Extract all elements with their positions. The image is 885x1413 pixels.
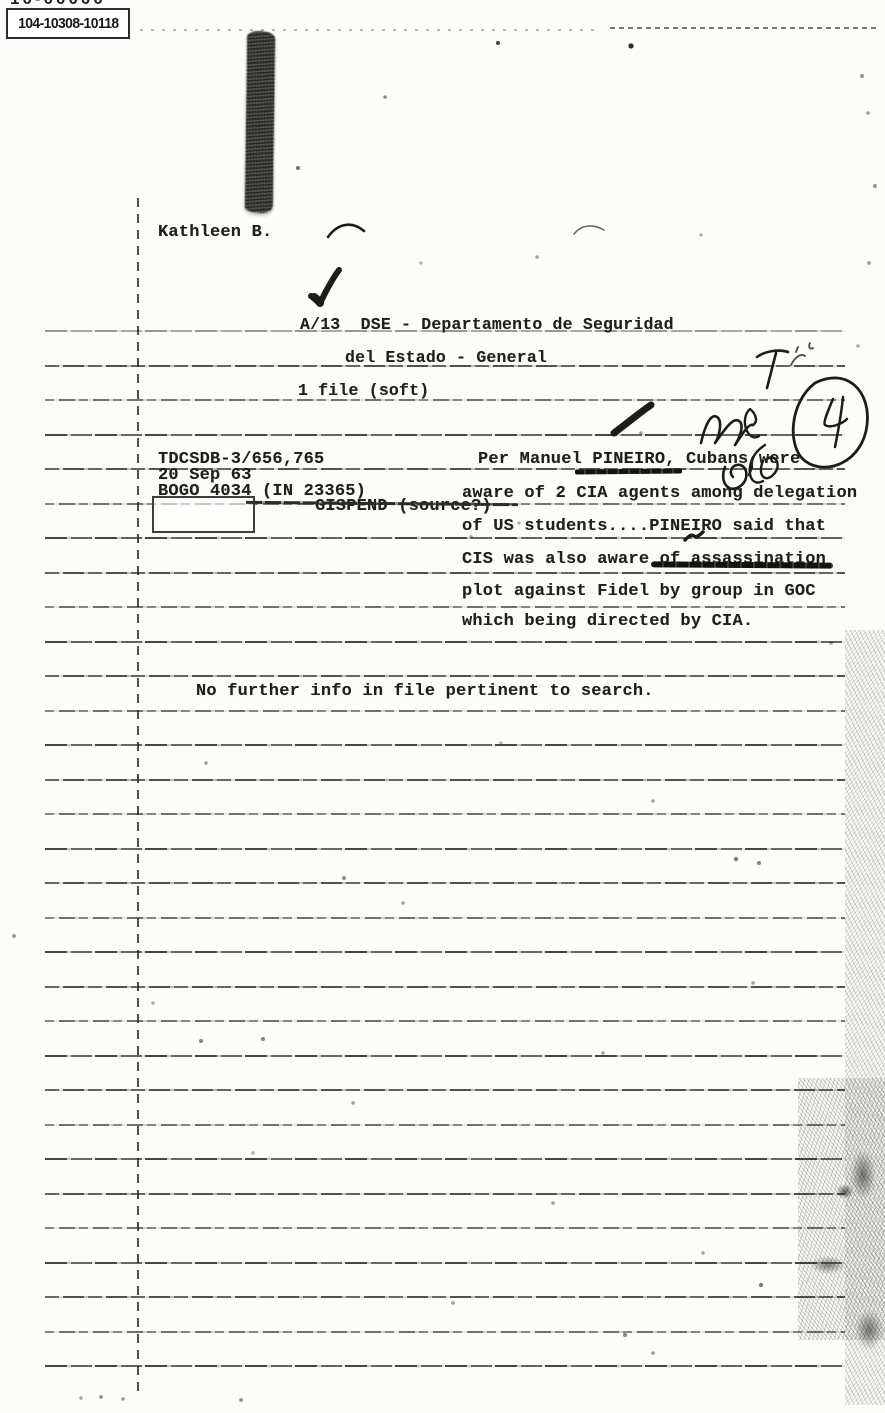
redaction-box xyxy=(152,496,255,533)
scan-specks xyxy=(0,0,2,2)
slash-mark xyxy=(610,402,656,438)
heading-line-2: del Estado - General xyxy=(345,348,547,368)
left-margin-line xyxy=(137,198,139,1395)
scan-blotch xyxy=(810,1256,846,1274)
clipped-top-digits: 10-00000 xyxy=(10,0,130,7)
heading-line-3: 1 file (soft) xyxy=(298,381,429,401)
top-dotted-line-right xyxy=(610,27,878,29)
faint-arc-mark xyxy=(572,222,606,238)
small-tick-mark xyxy=(683,530,705,544)
top-dotted-line xyxy=(140,29,600,31)
underline-pineiro xyxy=(575,469,682,475)
examiner-name: Kathleen B. xyxy=(158,223,272,243)
footer-note: No further info in file pertinent to sea… xyxy=(196,682,654,702)
record-number-box: 104-10308-10118 xyxy=(6,8,130,39)
scanned-document-page: 10-00000 104-10308-10118 Kathleen B. A/1… xyxy=(0,0,885,1413)
summary-line: aware of 2 CIA agents among delegation xyxy=(462,484,857,504)
summary-line: Per Manuel PINEIRO, Cubans were xyxy=(478,450,800,470)
heading-line-1: A/13 DSE - Departamento de Seguridad xyxy=(300,315,674,335)
pencil-arc-mark xyxy=(326,219,366,243)
summary-line: of US students....PINEIRO said that xyxy=(462,517,826,537)
summary-line: which being directed by CIA. xyxy=(462,612,753,632)
right-corner-noise xyxy=(798,1078,885,1340)
scan-smudge xyxy=(245,31,276,213)
summary-line: plot against Fidel by group in GOC xyxy=(462,582,816,602)
scan-blotch xyxy=(855,1310,883,1350)
underline-assassination xyxy=(651,561,833,568)
record-number: 104-10308-10118 xyxy=(18,16,119,32)
checkmark-icon xyxy=(306,266,344,310)
scan-blotch xyxy=(836,1184,854,1199)
